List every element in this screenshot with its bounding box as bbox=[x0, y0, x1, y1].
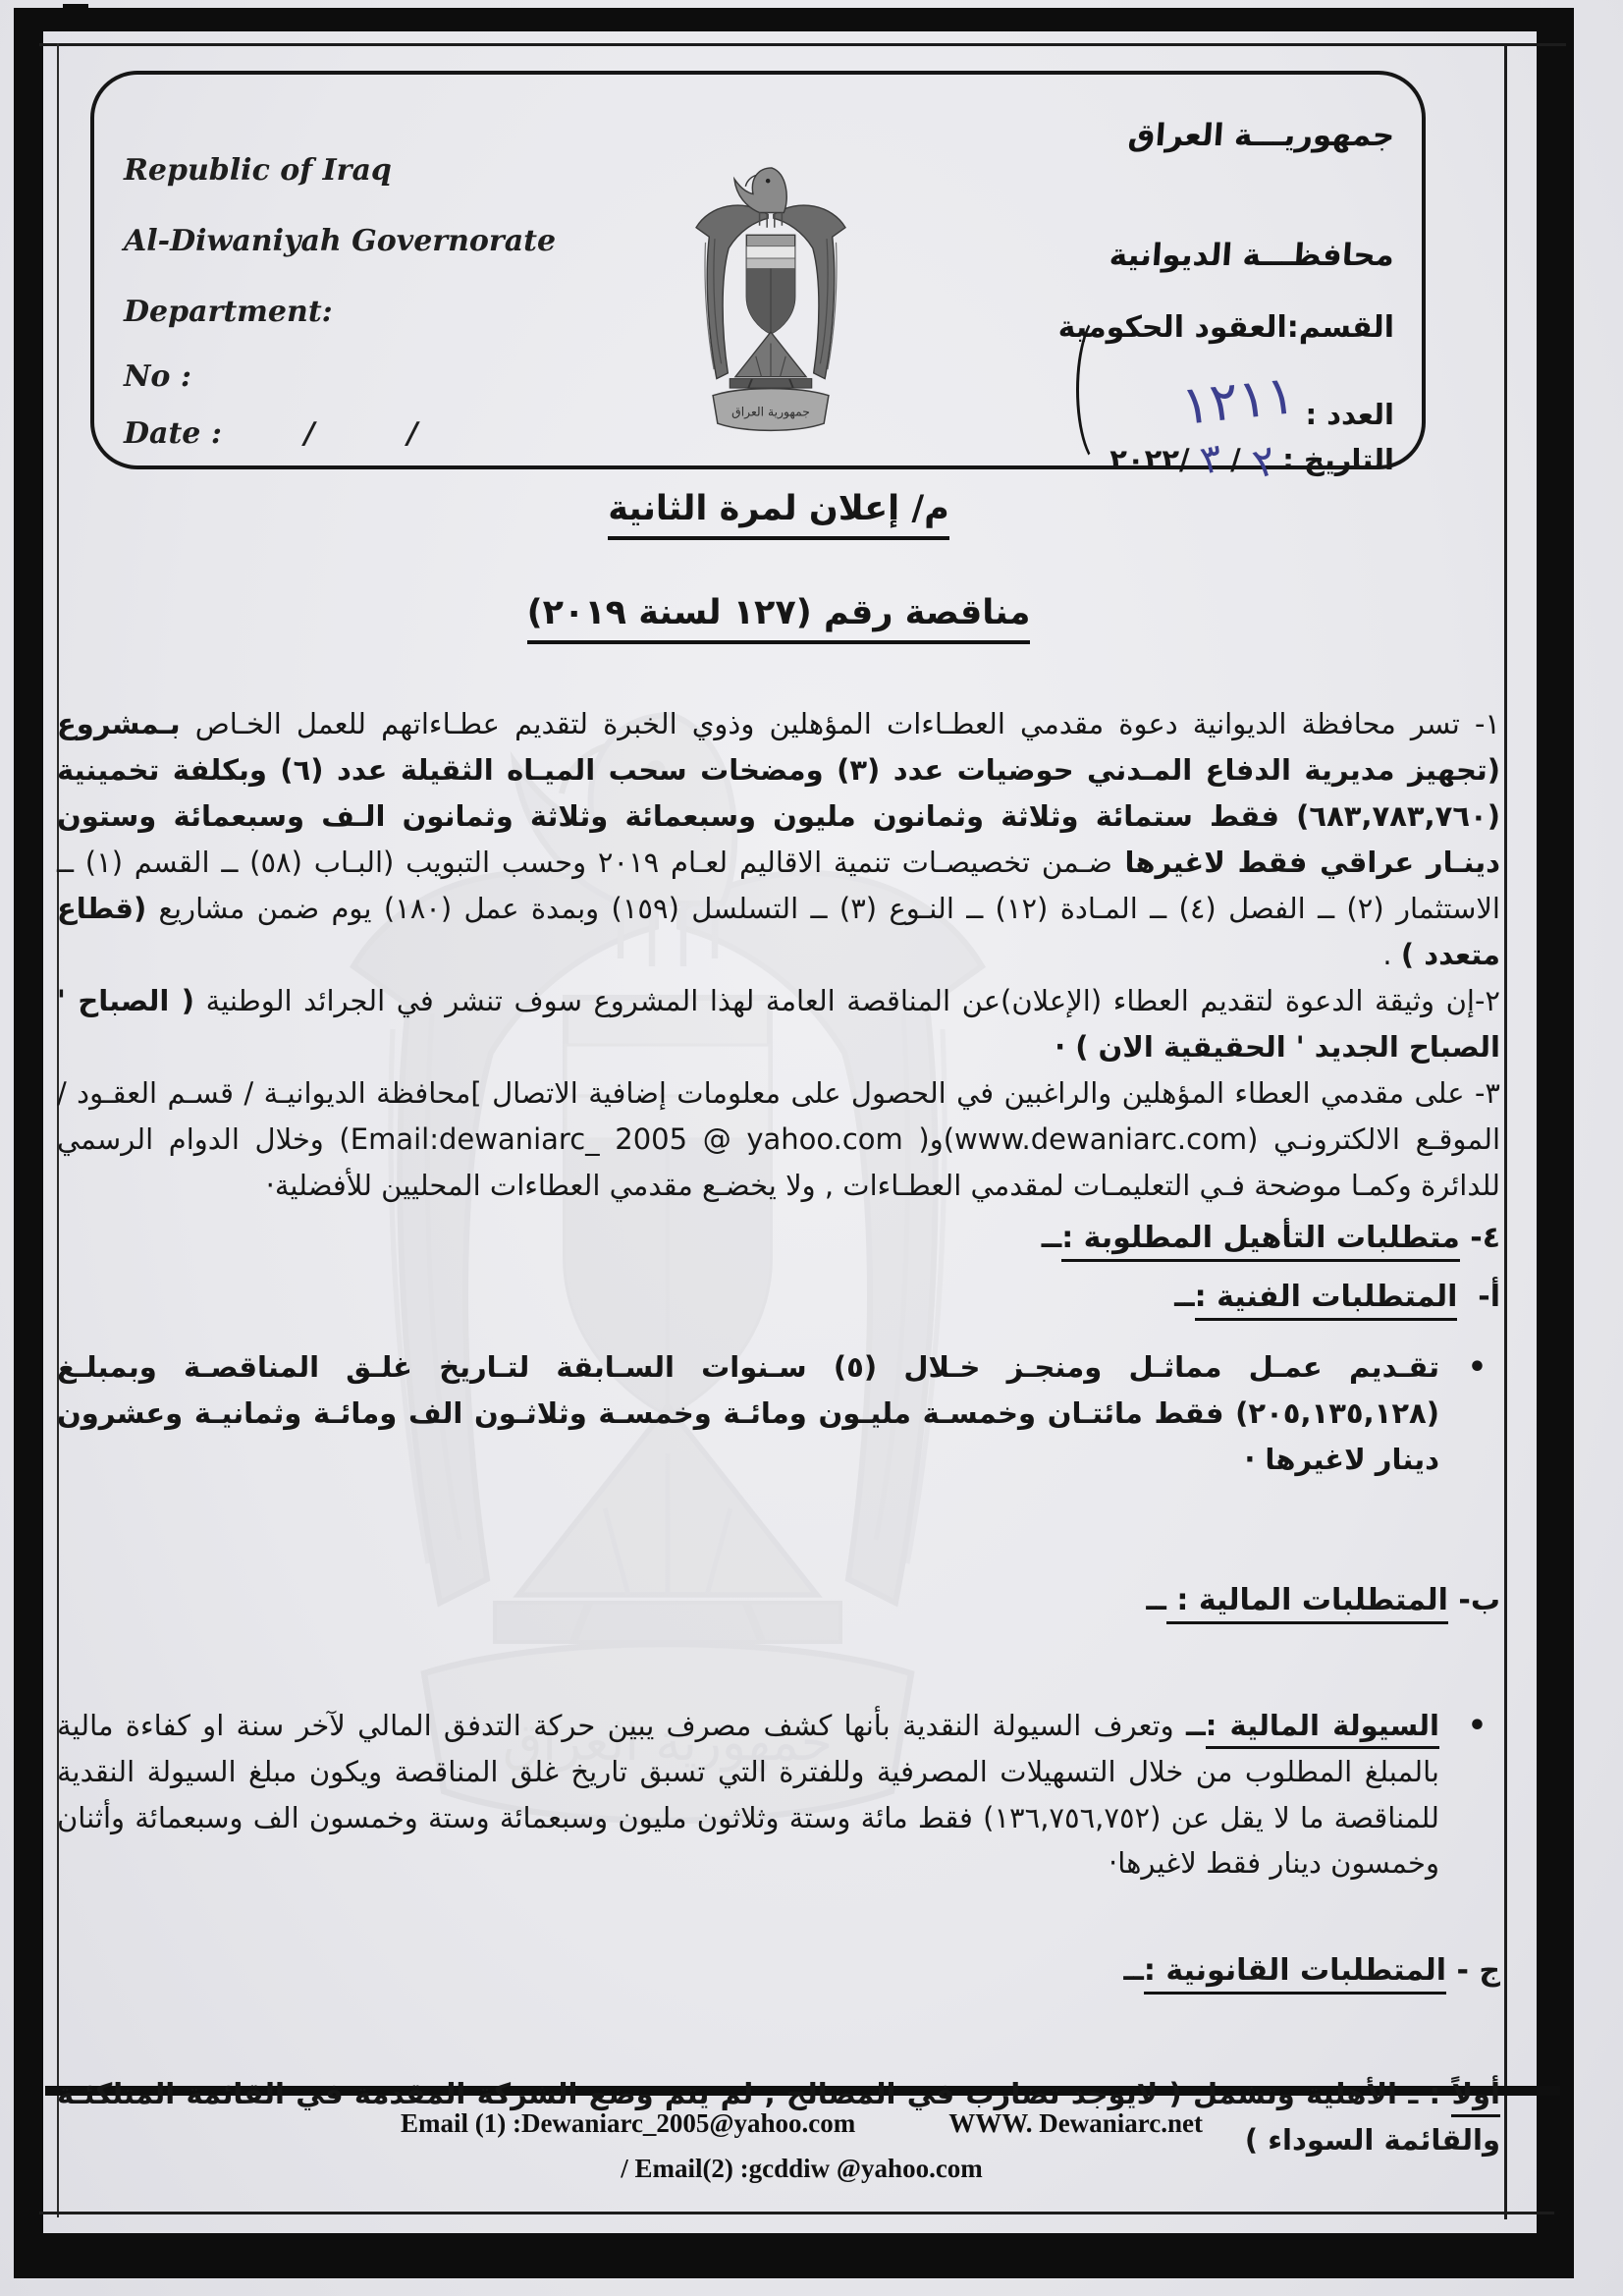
paragraph-1-invitation: ١- تسر محافظة الديوانية دعوة مقدمي العطـ… bbox=[57, 701, 1500, 978]
paragraph-3-contact: ٣- على مقدمي العطاء المؤهلين والراغبين ف… bbox=[57, 1070, 1500, 1209]
letterhead-box: Republic of Iraq Al-Diwaniyah Governorat… bbox=[90, 71, 1426, 469]
emblem-banner-text: جمهورية العراق bbox=[731, 406, 810, 420]
website-url: (www.dewaniarc.com) bbox=[944, 1122, 1259, 1156]
letterhead-department-en: Department: bbox=[124, 295, 333, 329]
footer-email-2: / Email(2) :gcddiw @yahoo.com bbox=[621, 2154, 983, 2183]
document-number-row: ١٢١١ العدد : bbox=[1181, 369, 1394, 431]
number-date-bracket bbox=[1076, 312, 1129, 467]
letterhead-country-ar: جمهوريـــة العراق bbox=[1126, 118, 1395, 153]
technical-requirement-bullet: •تقـديم عمـل مماثـل ومنجـز خـلال (٥) سـن… bbox=[57, 1344, 1500, 1483]
scanned-tender-document: Republic of Iraq Al-Diwaniyah Governorat… bbox=[0, 0, 1623, 2296]
document-number-handwritten: ١٢١١ bbox=[1178, 363, 1298, 437]
letterhead-no-en: No : bbox=[124, 359, 191, 394]
footer-line-2: / Email(2) :gcddiw @yahoo.com bbox=[59, 2147, 1544, 2192]
financial-liquidity-bullet: •السيولة المالية :ــ وتعرف السيولة النقد… bbox=[57, 1703, 1500, 1887]
contact-email: Email:dewaniarc_ 2005 @ yahoo.com bbox=[351, 1122, 903, 1156]
announcement-title: م/ إعلان لمرة الثانية bbox=[57, 489, 1500, 540]
iraq-eagle-emblem-icon: جمهورية العراق bbox=[677, 149, 864, 444]
section-4-heading: ٤- متطلبات التأهيل المطلوبة :ــ bbox=[57, 1215, 1500, 1262]
letterhead-country-en: Republic of Iraq bbox=[124, 153, 392, 188]
footer-contact-block: Email (1) :Dewaniarc_2005@yahoo.comWWW. … bbox=[59, 2102, 1544, 2192]
letterhead-governorate-ar: محافظـــة الديوانية bbox=[1109, 238, 1396, 273]
paragraph-2-newspapers: ٢-إن وثيقة الدعوة لتقديم العطاء (الإعلان… bbox=[57, 978, 1500, 1070]
tender-number-title: مناقصة رقم (١٢٧ لسنة ٢٠١٩) bbox=[57, 593, 1500, 644]
inner-border-right bbox=[1504, 43, 1507, 2219]
document-body: م/ إعلان لمرة الثانية مناقصة رقم (١٢٧ لس… bbox=[57, 454, 1500, 2163]
inner-border-bottom bbox=[39, 2212, 1554, 2214]
bullet-icon: • bbox=[1468, 1344, 1487, 1393]
bullet-icon: • bbox=[1468, 1703, 1487, 1751]
footer-line-1: Email (1) :Dewaniarc_2005@yahoo.comWWW. … bbox=[59, 2102, 1544, 2147]
section-b-heading: ب- المتطلبات المالية : ــ bbox=[57, 1577, 1500, 1624]
letterhead-governorate-en: Al-Diwaniyah Governorate bbox=[124, 224, 556, 258]
document-number-label: العدد : bbox=[1305, 398, 1394, 431]
section-c-heading: ج - المتطلبات القانونية :ــ bbox=[57, 1947, 1500, 1995]
footer-website: WWW. Dewaniarc.net bbox=[948, 2108, 1203, 2138]
letterhead-date-en: Date : / / bbox=[124, 416, 417, 451]
section-a-heading: أ- المتطلبات الفنية :ــ bbox=[57, 1274, 1500, 1321]
scan-corner-mark bbox=[63, 4, 88, 29]
footer-email-1: Email (1) :Dewaniarc_2005@yahoo.com bbox=[401, 2108, 855, 2138]
inner-border-top bbox=[39, 43, 1566, 46]
